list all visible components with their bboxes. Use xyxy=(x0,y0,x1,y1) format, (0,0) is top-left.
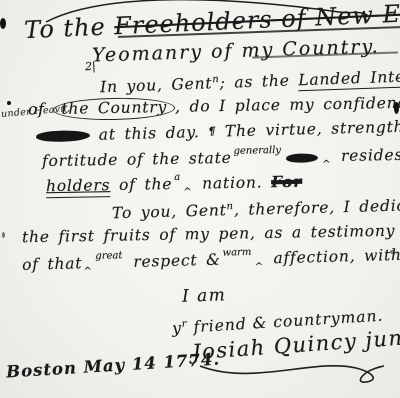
body-l5-underlined: holders xyxy=(46,176,111,198)
page-mark-text: 2| xyxy=(85,60,96,74)
dateline: Boston May 14 1774. xyxy=(6,349,221,381)
body-l7-text: the first fruits of my pen, as a testimo… xyxy=(22,222,395,247)
body-l1-mid: ; as the xyxy=(219,71,298,92)
page-mark: 2| xyxy=(85,60,96,74)
subheading-line: Yeomanry of my Country. xyxy=(92,35,380,66)
body-line-8: of that^great respect &warm^ affection, … xyxy=(22,244,400,274)
body-l1-superscript: n xyxy=(212,74,220,85)
body-l4-mid: resides in the xyxy=(332,145,400,165)
body-l8-pre: of that xyxy=(22,254,83,274)
inserted-word-generally: generally xyxy=(233,145,281,157)
heading-prefix: To the xyxy=(24,12,115,44)
body-line-1: In you, Gentn; as the Landed Interest xyxy=(100,66,400,96)
caret-mark: ^ xyxy=(322,159,331,170)
ink-speck xyxy=(7,101,11,105)
inserted-word-warm: warm xyxy=(222,247,251,259)
manuscript-page: To the Freeholders of New England Yeoman… xyxy=(0,0,400,398)
body-l1-underlined: Landed Interest xyxy=(298,66,400,91)
closing-line: I am xyxy=(182,285,227,307)
closing-text: I am xyxy=(182,285,227,307)
inserted-word-great: great xyxy=(95,250,122,262)
body-l8-post: affection, with which, xyxy=(265,244,400,267)
body-line-5: holders of thea^ nation. For xyxy=(46,172,302,195)
ink-speck xyxy=(0,18,6,29)
paragraph-mark: ¶ xyxy=(208,125,216,138)
body-l5-post: nation. xyxy=(193,173,271,192)
caret-mark: ^ xyxy=(183,187,192,198)
ink-speck xyxy=(2,232,5,238)
body-l8-mid: respect & xyxy=(124,251,221,272)
ink-blot xyxy=(34,130,91,143)
dateline-text: Boston May 14 1774. xyxy=(6,349,221,381)
body-l1-pre: In you, Gent xyxy=(100,74,213,96)
body-l5-struck: For xyxy=(271,172,302,192)
body-l3-post: The virtue, strength and xyxy=(216,117,400,141)
body-line-7: the first fruits of my pen, as a testimo… xyxy=(22,222,395,247)
body-l6-superscript: n xyxy=(226,201,234,212)
body-l4-pre: fortitude of the state xyxy=(42,149,232,170)
body-line-6: To you, Gentn, therefore, I dedicate xyxy=(112,196,400,222)
subheading-text: Yeomanry of my Country. xyxy=(92,35,380,66)
signature-flourish xyxy=(196,356,388,388)
caret-mark: ^ xyxy=(83,266,92,277)
body-l6-post: , therefore, I dedicate xyxy=(234,196,400,219)
ink-speck xyxy=(390,250,394,254)
inserted-letter: a xyxy=(174,172,180,183)
body-l3-mid: at this day. xyxy=(90,123,209,144)
body-line-4: fortitude of the stategenerally^ resides… xyxy=(42,144,400,170)
body-l5-mid: of the xyxy=(110,175,172,194)
ink-blot xyxy=(285,153,320,163)
body-l2-post: , do I place my confidence, xyxy=(175,94,400,116)
closing2-superscript: r xyxy=(181,319,187,330)
circled-words: the Country xyxy=(53,97,175,121)
body-line-2: of the Country, do I place my confidence… xyxy=(28,94,400,119)
caret-mark: ^ xyxy=(255,261,264,272)
ink-speck xyxy=(394,102,399,114)
body-line-3: at this day. ¶ The virtue, strength and xyxy=(36,117,400,146)
body-l6-pre: To you, Gent xyxy=(112,201,227,222)
